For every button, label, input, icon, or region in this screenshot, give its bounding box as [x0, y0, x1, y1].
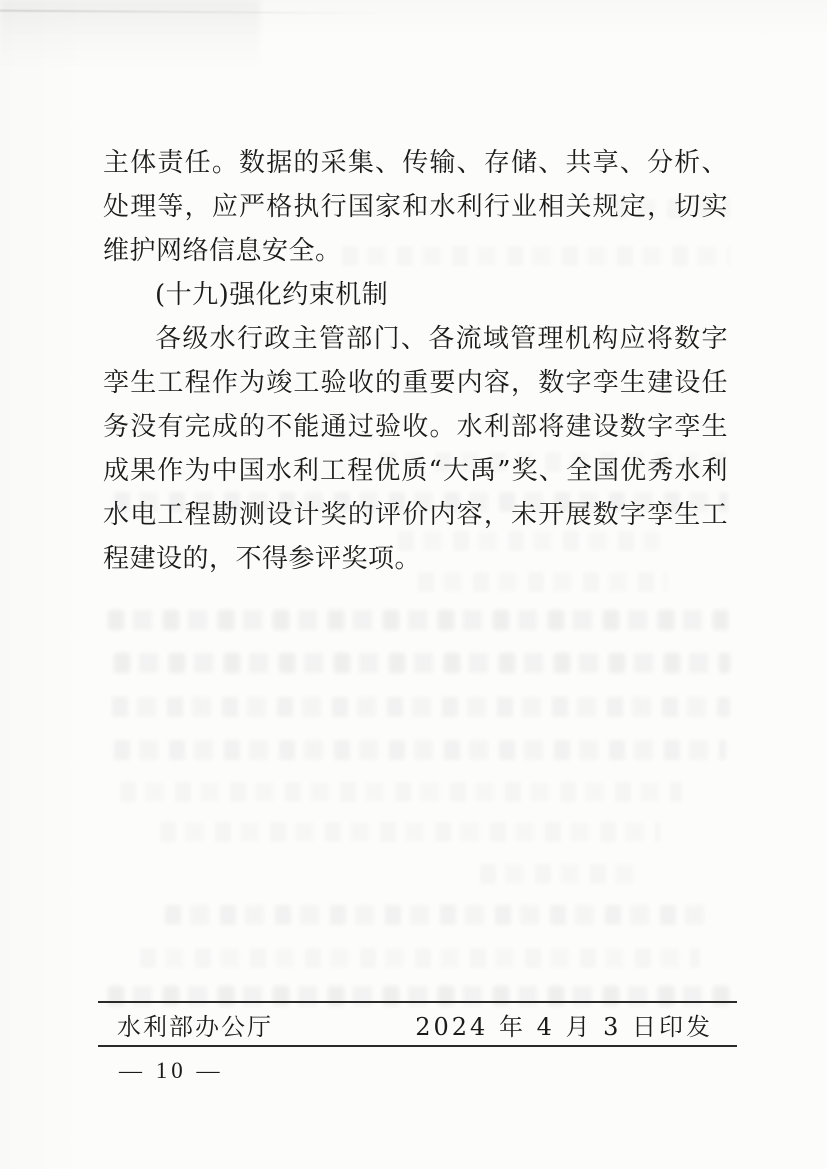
bleed-through-artifact	[398, 531, 660, 551]
bleed-through-artifact	[342, 246, 730, 266]
bleed-through-artifact	[112, 697, 730, 717]
page-number: — 10 —	[119, 1058, 224, 1084]
bleed-through-artifact	[612, 199, 730, 219]
document-footer: 水利部办公厅 2024 年 4 月 3 日印发	[98, 1001, 737, 1047]
bleed-through-artifact	[114, 653, 730, 673]
bleed-through-artifact	[108, 610, 728, 630]
bleed-through-artifact	[380, 452, 728, 472]
bleed-through-artifact	[140, 948, 700, 968]
issuing-office: 水利部办公厅	[117, 1007, 273, 1042]
section-heading: (十九)强化约束机制	[103, 273, 728, 317]
bleed-through-artifact	[165, 905, 710, 925]
bleed-through-artifact	[160, 822, 660, 842]
bleed-through-artifact	[418, 572, 668, 592]
bleed-through-artifact	[120, 782, 682, 802]
bleed-through-artifact	[114, 492, 728, 512]
bleed-through-artifact	[114, 740, 726, 760]
document-page: 主体责任。数据的采集、传输、存储、共享、分析、处理等，应严格执行国家和水利行业相…	[0, 0, 827, 1169]
print-date: 2024 年 4 月 3 日印发	[415, 1007, 713, 1042]
footer-row: 水利部办公厅 2024 年 4 月 3 日印发	[98, 1003, 737, 1045]
bleed-through-artifact	[480, 864, 645, 884]
